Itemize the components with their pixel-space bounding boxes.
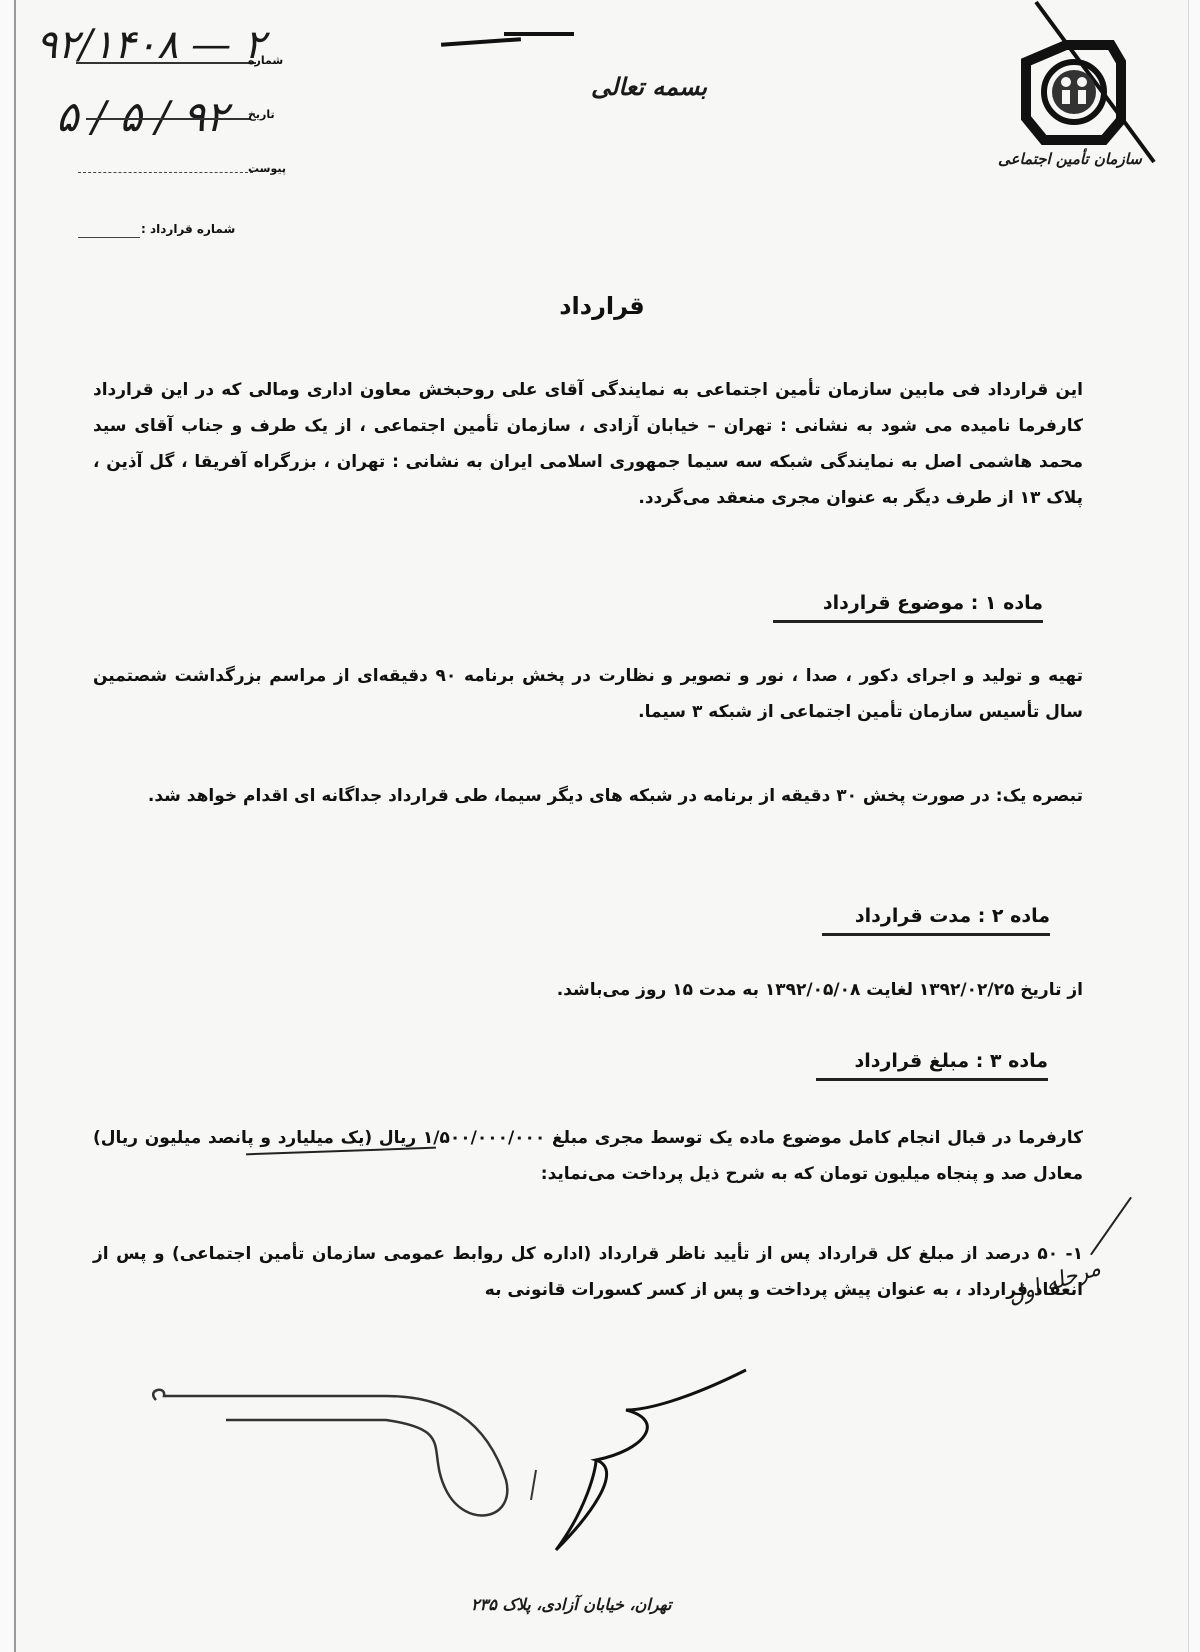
article-3-heading: ماده ۳ : مبلغ قرارداد [816, 1050, 1048, 1081]
article-2-body: از تاریخ ۱۳۹۲/۰۲/۲۵ لغایت ۱۳۹۲/۰۵/۰۸ به … [93, 972, 1083, 1008]
margin-check-mark [1090, 1197, 1132, 1255]
scanned-contract-page: ۲ — ۹۲/۱۴۰۸ شماره ۹۲ / ۵ / ۵ تاریخ پیوست… [14, 0, 1189, 1652]
article-1-body: تهیه و تولید و اجرای دکور ، صدا ، نور و … [93, 658, 1083, 730]
article-3-item-1: ۱- ۵۰ درصد از مبلغ کل قرارداد پس از تأیی… [93, 1236, 1083, 1308]
signature-scribble-icon [126, 1360, 826, 1570]
invocation-text: بسمه تعالی [591, 72, 707, 101]
contract-number-line [78, 237, 140, 238]
date-field-line [86, 118, 251, 120]
logo-caption: سازمان تأمین اجتماعی [998, 150, 1142, 168]
document-title: قرارداد [16, 292, 1188, 320]
article-3-body: کارفرما در قبال انجام کامل موضوع ماده یک… [93, 1120, 1083, 1192]
article-1-note-text: تبصره یک: در صورت پخش ۳۰ دقیقه از برنامه… [93, 778, 1083, 814]
date-field-label: تاریخ [248, 108, 275, 121]
handwritten-letter-date: ۹۲ / ۵ / ۵ [56, 92, 228, 141]
article-1-note: تبصره یک: در صورت پخش ۳۰ دقیقه از برنامه… [93, 778, 1083, 814]
article-1-heading: ماده ۱ : موضوع قرارداد [773, 592, 1043, 623]
article-3-paragraph: کارفرما در قبال انجام کامل موضوع ماده یک… [93, 1120, 1083, 1192]
pen-mark [504, 32, 574, 36]
pen-mark [441, 37, 521, 47]
number-field-line [76, 62, 256, 64]
article-1-paragraph: تهیه و تولید و اجرای دکور ، صدا ، نور و … [93, 658, 1083, 730]
article-2-heading: ماده ۲ : مدت قرارداد [822, 905, 1050, 936]
attachment-field-line [78, 172, 253, 173]
intro-text: این قرارداد فی مابین سازمان تأمین اجتماع… [93, 372, 1083, 516]
number-field-label: شماره [248, 54, 283, 67]
intro-paragraph: این قرارداد فی مابین سازمان تأمین اجتماع… [93, 372, 1083, 516]
footer-address: تهران، خیابان آزادی، پلاک ۲۳۵ [471, 1595, 672, 1614]
article-2-paragraph: از تاریخ ۱۳۹۲/۰۲/۲۵ لغایت ۱۳۹۲/۰۵/۰۸ به … [93, 972, 1083, 1008]
attachment-field-label: پیوست [248, 162, 286, 175]
article-3-item-text: ۱- ۵۰ درصد از مبلغ کل قرارداد پس از تأیی… [93, 1236, 1083, 1308]
contract-number-label: شماره قرارداد : [141, 222, 235, 236]
